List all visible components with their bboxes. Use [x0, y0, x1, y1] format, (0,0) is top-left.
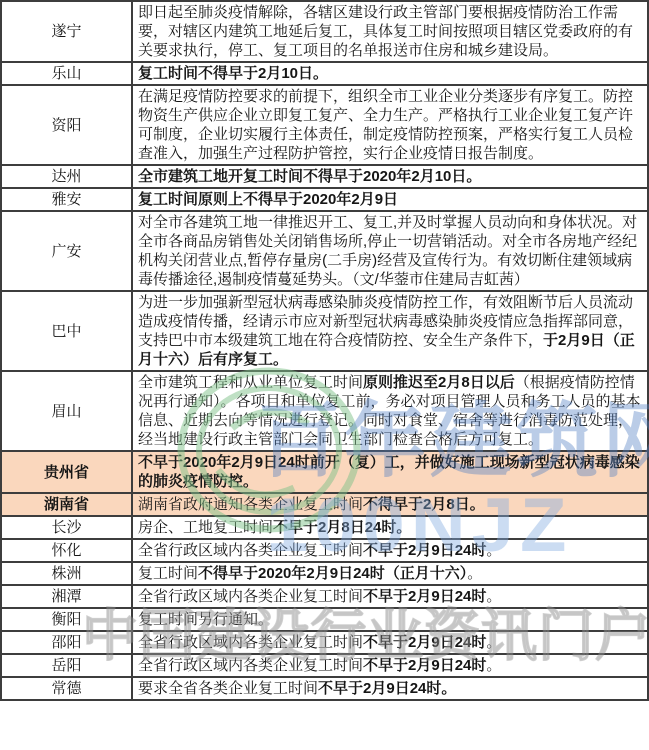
policy-cell: 复工时间不得早于2020年2月9日24时（正月十六）。: [132, 562, 648, 585]
policy-text-bold: 不得早于2020年2月9日24时（正月十六）: [198, 565, 467, 582]
policy-text: 全市建筑工程和从业单位复工时间: [138, 374, 363, 391]
policy-cell: 湖南省政府通知各类企业复工时间不得早于2月8日。: [132, 493, 648, 516]
policy-text: 房企、工地复工时间: [138, 519, 273, 536]
table-row: 广安对全市各建筑工地一律推迟开工、复工,并及时掌握人员动向和身体状况。对全市各商…: [1, 211, 648, 291]
table-row: 常德要求全省各类企业复工时间不早于2月9日24时。: [1, 677, 648, 700]
region-cell: 广安: [1, 211, 132, 291]
policy-text: 要求全省各类企业复工时间: [138, 680, 318, 697]
policy-cell: 复工时间原则上不得早于2020年2月9日: [132, 188, 648, 211]
policy-text: 。: [486, 657, 501, 674]
table-row: 资阳在满足疫情防控要求的前提下，组织全市工业企业分类逐步有序复工。防控物资生产供…: [1, 85, 648, 165]
table-row: 眉山全市建筑工程和从业单位复工时间原则推迟至2月8日以后（根据疫情防控情况再行通…: [1, 371, 648, 451]
region-cell: 株洲: [1, 562, 132, 585]
policy-text: 对全市各建筑工地一律推迟开工、复工,并及时掌握人员动向和身体状况。对全市各商品房…: [138, 214, 637, 288]
policy-cell: 房企、工地复工时间不早于2月8日24时。: [132, 516, 648, 539]
policy-text: 湖南省政府通知各类企业复工时间: [138, 496, 363, 513]
region-cell: 长沙: [1, 516, 132, 539]
policy-text-bold: 不得早于2月8日。: [363, 496, 485, 513]
region-cell: 邵阳: [1, 631, 132, 654]
region-cell: 贵州省: [1, 451, 132, 493]
policy-text: 全省行政区域内各类企业复工时间: [138, 634, 363, 651]
table-row: 巴中为进一步加强新型冠状病毒感染肺炎疫情防控工作，有效阻断节后人员流动造成疫情传…: [1, 291, 648, 371]
region-cell: 资阳: [1, 85, 132, 165]
region-cell: 岳阳: [1, 654, 132, 677]
table-row: 怀化全省行政区域内各类企业复工时间不早于2月9日24时。: [1, 539, 648, 562]
table-row: 邵阳全省行政区域内各类企业复工时间不早于2月9日24时。: [1, 631, 648, 654]
policy-text-bold: 不早于2月9日24时。: [318, 680, 456, 697]
table-row: 贵州省不早于2020年2月9日24时前开（复）工，并做好施工现场新型冠状病毒感染…: [1, 451, 648, 493]
table-row: 达州全市建筑工地开复工时间不得早于2020年2月10日。: [1, 165, 648, 188]
document-root: 遂宁即日起至肺炎疫情解除，各辖区建设行政主管部门要根据疫情防治工作需要，对辖区内…: [0, 0, 649, 750]
region-cell: 湖南省: [1, 493, 132, 516]
policy-cell: 全省行政区域内各类企业复工时间不早于2月9日24时。: [132, 539, 648, 562]
region-cell: 湘潭: [1, 585, 132, 608]
region-cell: 衡阳: [1, 608, 132, 631]
policy-text-bold: 原则推迟至2月8日以后: [363, 374, 515, 391]
policy-text: 。: [486, 542, 501, 559]
table-row: 长沙房企、工地复工时间不早于2月8日24时。: [1, 516, 648, 539]
policy-cell: 要求全省各类企业复工时间不早于2月9日24时。: [132, 677, 648, 700]
policy-cell: 全省行政区域内各类企业复工时间不早于2月9日24时。: [132, 585, 648, 608]
policy-text: 全省行政区域内各类企业复工时间: [138, 588, 363, 605]
table-row: 乐山复工时间不得早于2月10日。: [1, 62, 648, 85]
policy-table-body: 遂宁即日起至肺炎疫情解除，各辖区建设行政主管部门要根据疫情防治工作需要，对辖区内…: [1, 1, 648, 700]
resumption-policy-table: 遂宁即日起至肺炎疫情解除，各辖区建设行政主管部门要根据疫情防治工作需要，对辖区内…: [0, 0, 649, 701]
table-row: 衡阳复工时间另行通知。: [1, 608, 648, 631]
policy-text-bold: 复工时间原则上不得早于2020年2月9日: [138, 191, 398, 208]
policy-text: 复工时间另行通知。: [138, 611, 273, 628]
policy-text: 全省行政区域内各类企业复工时间: [138, 657, 363, 674]
policy-text-bold: 不早于2月9日24时: [363, 542, 486, 559]
policy-cell: 即日起至肺炎疫情解除，各辖区建设行政主管部门要根据疫情防治工作需要，对辖区内建筑…: [132, 1, 648, 62]
table-row: 株洲复工时间不得早于2020年2月9日24时（正月十六）。: [1, 562, 648, 585]
policy-cell: 不早于2020年2月9日24时前开（复）工，并做好施工现场新型冠状病毒感染的肺炎…: [132, 451, 648, 493]
policy-cell: 对全市各建筑工地一律推迟开工、复工,并及时掌握人员动向和身体状况。对全市各商品房…: [132, 211, 648, 291]
region-cell: 乐山: [1, 62, 132, 85]
policy-text-bold: 全市建筑工地开复工时间不得早于2020年2月10日。: [138, 168, 481, 185]
table-row: 湘潭全省行政区域内各类企业复工时间不早于2月9日24时。: [1, 585, 648, 608]
policy-text: 即日起至肺炎疫情解除，各辖区建设行政主管部门要根据疫情防治工作需要，对辖区内建筑…: [138, 4, 633, 59]
policy-text-bold: 不早于2月8日24时。: [273, 519, 411, 536]
region-cell: 怀化: [1, 539, 132, 562]
policy-cell: 为进一步加强新型冠状病毒感染肺炎疫情防控工作，有效阻断节后人员流动造成疫情传播，…: [132, 291, 648, 371]
policy-text: 。: [467, 565, 482, 582]
policy-text: 全省行政区域内各类企业复工时间: [138, 542, 363, 559]
policy-text: 。: [486, 634, 501, 651]
policy-text-bold: 不早于2月9日24时: [363, 588, 486, 605]
region-cell: 巴中: [1, 291, 132, 371]
policy-cell: 全市建筑工程和从业单位复工时间原则推迟至2月8日以后（根据疫情防控情况再行通知）…: [132, 371, 648, 451]
policy-text: 在满足疫情防控要求的前提下，组织全市工业企业分类逐步有序复工。防控物资生产供应企…: [138, 88, 633, 162]
region-cell: 眉山: [1, 371, 132, 451]
policy-cell: 在满足疫情防控要求的前提下，组织全市工业企业分类逐步有序复工。防控物资生产供应企…: [132, 85, 648, 165]
region-cell: 雅安: [1, 188, 132, 211]
table-row: 湖南省湖南省政府通知各类企业复工时间不得早于2月8日。: [1, 493, 648, 516]
policy-cell: 复工时间不得早于2月10日。: [132, 62, 648, 85]
policy-text-bold: 不早于2020年2月9日24时前开（复）工，并做好施工现场新型冠状病毒感染的肺炎…: [138, 454, 640, 490]
region-cell: 达州: [1, 165, 132, 188]
policy-text: 复工时间: [138, 565, 198, 582]
policy-cell: 全省行政区域内各类企业复工时间不早于2月9日24时。: [132, 654, 648, 677]
region-cell: 常德: [1, 677, 132, 700]
policy-cell: 全省行政区域内各类企业复工时间不早于2月9日24时。: [132, 631, 648, 654]
policy-text: 。: [486, 588, 501, 605]
policy-cell: 全市建筑工地开复工时间不得早于2020年2月10日。: [132, 165, 648, 188]
policy-text-bold: 不早于2月9日24时: [363, 657, 486, 674]
table-row: 岳阳全省行政区域内各类企业复工时间不早于2月9日24时。: [1, 654, 648, 677]
table-row: 遂宁即日起至肺炎疫情解除，各辖区建设行政主管部门要根据疫情防治工作需要，对辖区内…: [1, 1, 648, 62]
region-cell: 遂宁: [1, 1, 132, 62]
table-row: 雅安复工时间原则上不得早于2020年2月9日: [1, 188, 648, 211]
policy-cell: 复工时间另行通知。: [132, 608, 648, 631]
policy-text-bold: 不早于2月9日24时: [363, 634, 486, 651]
policy-text-bold: 复工时间不得早于2月10日。: [138, 65, 328, 82]
